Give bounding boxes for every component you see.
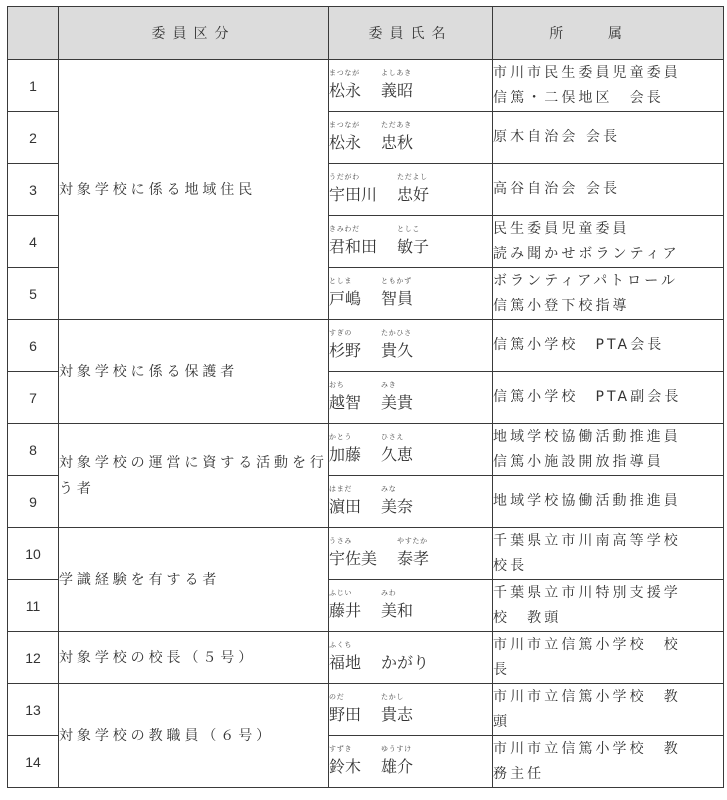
header-row: 委員区分 委員氏名 所属 bbox=[8, 7, 724, 60]
table-row: 10学識経験を有する者うさみ宇佐美やすたか泰孝千葉県立市川南高等学校校長 bbox=[8, 528, 724, 580]
row-number: 11 bbox=[8, 580, 59, 632]
given-name-text: 義昭 bbox=[381, 81, 413, 100]
member-name: としま戸嶋ともかず智員 bbox=[329, 268, 493, 320]
family-name-furigana: のだ bbox=[329, 692, 344, 702]
affiliation-line: 高谷自治会 会長 bbox=[493, 177, 723, 202]
affiliation-line: 信篤・二俣地区 会長 bbox=[493, 86, 723, 111]
affiliation-line: 千葉県立市川南高等学校 bbox=[493, 529, 723, 554]
given-name: ともかず智員 bbox=[381, 278, 413, 309]
family-name-text: 越智 bbox=[329, 393, 361, 412]
row-number: 4 bbox=[8, 216, 59, 268]
affiliation-line: 市川市民生委員児童委員 bbox=[493, 61, 723, 86]
given-name-furigana: ともかず bbox=[381, 276, 412, 286]
given-name-text: 雄介 bbox=[381, 757, 413, 776]
affiliation-line: 信篤小施設開放指導員 bbox=[493, 450, 723, 475]
family-name-text: 戸嶋 bbox=[329, 289, 361, 308]
given-name-text: 美奈 bbox=[381, 497, 413, 516]
member-affiliation: 市川市立信篤小学校 校長 bbox=[493, 632, 724, 684]
family-name-text: 藤井 bbox=[329, 601, 361, 620]
given-name-furigana: ただよし bbox=[397, 172, 428, 182]
table-row: 13対象学校の教職員（６号）のだ野田たかし貴志市川市立信篤小学校 教頭 bbox=[8, 684, 724, 736]
given-name-text: 忠好 bbox=[397, 185, 429, 204]
given-name-text: 美和 bbox=[381, 601, 413, 620]
family-name-furigana: まつなが bbox=[329, 120, 360, 130]
family-name: まつなが松永 bbox=[329, 122, 361, 153]
table-row: 12対象学校の校長（５号）ふくち福地かがり市川市立信篤小学校 校長 bbox=[8, 632, 724, 684]
member-name: すずき鈴木ゆうすけ雄介 bbox=[329, 736, 493, 788]
given-name: かがり bbox=[381, 642, 429, 673]
family-name: すずき鈴木 bbox=[329, 746, 361, 777]
affiliation-line: 市川市立信篤小学校 教 bbox=[493, 685, 723, 710]
family-name: うさみ宇佐美 bbox=[329, 538, 377, 569]
member-affiliation: 民生委員児童委員読み聞かせボランティア bbox=[493, 216, 724, 268]
given-name-furigana: みき bbox=[381, 380, 396, 390]
row-number: 14 bbox=[8, 736, 59, 788]
affiliation-line: 市川市立信篤小学校 教 bbox=[493, 737, 723, 762]
row-number: 6 bbox=[8, 320, 59, 372]
given-name-furigana: たかし bbox=[381, 692, 404, 702]
member-name: すぎの杉野たかひさ貴久 bbox=[329, 320, 493, 372]
given-name: たかひさ貴久 bbox=[381, 330, 413, 361]
header-category: 委員区分 bbox=[59, 7, 329, 60]
member-category: 対象学校の教職員（６号） bbox=[59, 684, 329, 788]
given-name: ただあき忠秋 bbox=[381, 122, 413, 153]
member-category: 対象学校に係る保護者 bbox=[59, 320, 329, 424]
family-name-furigana: きみわだ bbox=[329, 224, 360, 234]
member-affiliation: 高谷自治会 会長 bbox=[493, 164, 724, 216]
family-name: きみわだ君和田 bbox=[329, 226, 377, 257]
family-name-text: 杉野 bbox=[329, 341, 361, 360]
given-name-furigana: みわ bbox=[381, 588, 396, 598]
family-name-text: 濵田 bbox=[329, 497, 361, 516]
given-name: としこ敏子 bbox=[397, 226, 429, 257]
member-name: のだ野田たかし貴志 bbox=[329, 684, 493, 736]
given-name-text: 久恵 bbox=[381, 445, 413, 464]
given-name: みき美貴 bbox=[381, 382, 413, 413]
member-name: はまだ濵田みな美奈 bbox=[329, 476, 493, 528]
affiliation-line: 原木自治会 会長 bbox=[493, 125, 723, 150]
given-name: ひさえ久恵 bbox=[381, 434, 413, 465]
given-name-text: 忠秋 bbox=[381, 133, 413, 152]
family-name: おち越智 bbox=[329, 382, 361, 413]
table-row: 1対象学校に係る地域住民まつなが松永よしあき義昭市川市民生委員児童委員信篤・二俣… bbox=[8, 60, 724, 112]
member-name: うさみ宇佐美やすたか泰孝 bbox=[329, 528, 493, 580]
member-name: きみわだ君和田としこ敏子 bbox=[329, 216, 493, 268]
member-name: かとう加藤ひさえ久恵 bbox=[329, 424, 493, 476]
family-name-furigana: かとう bbox=[329, 432, 352, 442]
affiliation-line: 頭 bbox=[493, 710, 723, 735]
given-name-text: 智員 bbox=[381, 289, 413, 308]
given-name-text: 美貴 bbox=[381, 393, 413, 412]
table-row: 6対象学校に係る保護者すぎの杉野たかひさ貴久信篤小学校 PTA会長 bbox=[8, 320, 724, 372]
affiliation-line: 校長 bbox=[493, 554, 723, 579]
family-name: すぎの杉野 bbox=[329, 330, 361, 361]
affiliation-line: 民生委員児童委員 bbox=[493, 217, 723, 242]
given-name-furigana: たかひさ bbox=[381, 328, 412, 338]
family-name-text: 松永 bbox=[329, 133, 361, 152]
family-name-furigana: まつなが bbox=[329, 68, 360, 78]
affiliation-line: 信篤小学校 PTA会長 bbox=[493, 333, 723, 358]
family-name-text: 宇佐美 bbox=[329, 549, 377, 568]
affiliation-line: 校 教頭 bbox=[493, 606, 723, 631]
given-name-text: 貴志 bbox=[381, 705, 413, 724]
affiliation-line: 地域学校協働活動推進員 bbox=[493, 489, 723, 514]
header-name: 委員氏名 bbox=[329, 7, 493, 60]
given-name-furigana: みな bbox=[381, 484, 396, 494]
member-affiliation: 地域学校協働活動推進員 bbox=[493, 476, 724, 528]
table-body: 1対象学校に係る地域住民まつなが松永よしあき義昭市川市民生委員児童委員信篤・二俣… bbox=[8, 60, 724, 788]
family-name: かとう加藤 bbox=[329, 434, 361, 465]
family-name: のだ野田 bbox=[329, 694, 361, 725]
row-number: 10 bbox=[8, 528, 59, 580]
member-category: 対象学校の校長（５号） bbox=[59, 632, 329, 684]
family-name-text: 加藤 bbox=[329, 445, 361, 464]
affiliation-line: 信篤小登下校指導 bbox=[493, 294, 723, 319]
member-affiliation: 市川市民生委員児童委員信篤・二俣地区 会長 bbox=[493, 60, 724, 112]
family-name-furigana: うさみ bbox=[329, 536, 352, 546]
affiliation-line: 市川市立信篤小学校 校 bbox=[493, 633, 723, 658]
row-number: 5 bbox=[8, 268, 59, 320]
family-name: はまだ濵田 bbox=[329, 486, 361, 517]
family-name-furigana: おち bbox=[329, 380, 344, 390]
given-name-text: かがり bbox=[381, 653, 429, 672]
member-name: ふじい藤井みわ美和 bbox=[329, 580, 493, 632]
given-name: よしあき義昭 bbox=[381, 70, 413, 101]
family-name: ふじい藤井 bbox=[329, 590, 361, 621]
header-affiliation: 所属 bbox=[493, 7, 724, 60]
family-name: まつなが松永 bbox=[329, 70, 361, 101]
family-name-furigana: としま bbox=[329, 276, 352, 286]
given-name-text: 貴久 bbox=[381, 341, 413, 360]
given-name-furigana: ひさえ bbox=[381, 432, 404, 442]
family-name-text: 福地 bbox=[329, 653, 361, 672]
family-name: うだがわ宇田川 bbox=[329, 174, 377, 205]
given-name: みわ美和 bbox=[381, 590, 413, 621]
member-affiliation: 市川市立信篤小学校 教頭 bbox=[493, 684, 724, 736]
member-name: まつなが松永よしあき義昭 bbox=[329, 60, 493, 112]
given-name-text: 敏子 bbox=[397, 237, 429, 256]
affiliation-line: 長 bbox=[493, 658, 723, 683]
row-number: 1 bbox=[8, 60, 59, 112]
member-name: うだがわ宇田川ただよし忠好 bbox=[329, 164, 493, 216]
affiliation-line: 読み聞かせボランティア bbox=[493, 242, 723, 267]
family-name-furigana: ふくち bbox=[329, 640, 352, 650]
member-affiliation: 信篤小学校 PTA会長 bbox=[493, 320, 724, 372]
member-affiliation: ボランティアパトロール信篤小登下校指導 bbox=[493, 268, 724, 320]
row-number: 13 bbox=[8, 684, 59, 736]
committee-members-table: 委員区分 委員氏名 所属 1対象学校に係る地域住民まつなが松永よしあき義昭市川市… bbox=[7, 6, 724, 788]
given-name-text: 泰孝 bbox=[397, 549, 429, 568]
row-number: 9 bbox=[8, 476, 59, 528]
family-name: としま戸嶋 bbox=[329, 278, 361, 309]
member-name: まつなが松永ただあき忠秋 bbox=[329, 112, 493, 164]
given-name: たかし貴志 bbox=[381, 694, 413, 725]
row-number: 8 bbox=[8, 424, 59, 476]
family-name-furigana: すずき bbox=[329, 744, 352, 754]
member-category: 対象学校の運営に資する活動を行う者 bbox=[59, 424, 329, 528]
family-name-furigana: すぎの bbox=[329, 328, 352, 338]
given-name-furigana: やすたか bbox=[397, 536, 428, 546]
row-number: 7 bbox=[8, 372, 59, 424]
row-number: 2 bbox=[8, 112, 59, 164]
given-name-furigana: としこ bbox=[397, 224, 420, 234]
family-name-text: 野田 bbox=[329, 705, 361, 724]
given-name: ただよし忠好 bbox=[397, 174, 429, 205]
family-name: ふくち福地 bbox=[329, 642, 361, 673]
member-affiliation: 地域学校協働活動推進員信篤小施設開放指導員 bbox=[493, 424, 724, 476]
family-name-furigana: ふじい bbox=[329, 588, 352, 598]
member-name: おち越智みき美貴 bbox=[329, 372, 493, 424]
given-name: ゆうすけ雄介 bbox=[381, 746, 413, 777]
affiliation-line: 信篤小学校 PTA副会長 bbox=[493, 385, 723, 410]
affiliation-line: 千葉県立市川特別支援学 bbox=[493, 581, 723, 606]
family-name-furigana: うだがわ bbox=[329, 172, 360, 182]
given-name-furigana: ただあき bbox=[381, 120, 412, 130]
member-affiliation: 千葉県立市川特別支援学校 教頭 bbox=[493, 580, 724, 632]
family-name-text: 宇田川 bbox=[329, 185, 377, 204]
member-name: ふくち福地かがり bbox=[329, 632, 493, 684]
given-name: みな美奈 bbox=[381, 486, 413, 517]
member-affiliation: 信篤小学校 PTA副会長 bbox=[493, 372, 724, 424]
member-affiliation: 市川市立信篤小学校 教務主任 bbox=[493, 736, 724, 788]
family-name-text: 鈴木 bbox=[329, 757, 361, 776]
affiliation-line: 地域学校協働活動推進員 bbox=[493, 425, 723, 450]
family-name-furigana: はまだ bbox=[329, 484, 352, 494]
row-number: 3 bbox=[8, 164, 59, 216]
given-name-furigana: ゆうすけ bbox=[381, 744, 412, 754]
header-number bbox=[8, 7, 59, 60]
row-number: 12 bbox=[8, 632, 59, 684]
given-name: やすたか泰孝 bbox=[397, 538, 429, 569]
affiliation-line: 務主任 bbox=[493, 762, 723, 787]
member-affiliation: 千葉県立市川南高等学校校長 bbox=[493, 528, 724, 580]
family-name-text: 君和田 bbox=[329, 237, 377, 256]
affiliation-line: ボランティアパトロール bbox=[493, 269, 723, 294]
given-name-furigana: よしあき bbox=[381, 68, 412, 78]
member-category: 学識経験を有する者 bbox=[59, 528, 329, 632]
member-affiliation: 原木自治会 会長 bbox=[493, 112, 724, 164]
table-row: 8対象学校の運営に資する活動を行う者かとう加藤ひさえ久恵地域学校協働活動推進員信… bbox=[8, 424, 724, 476]
family-name-text: 松永 bbox=[329, 81, 361, 100]
member-category: 対象学校に係る地域住民 bbox=[59, 60, 329, 320]
